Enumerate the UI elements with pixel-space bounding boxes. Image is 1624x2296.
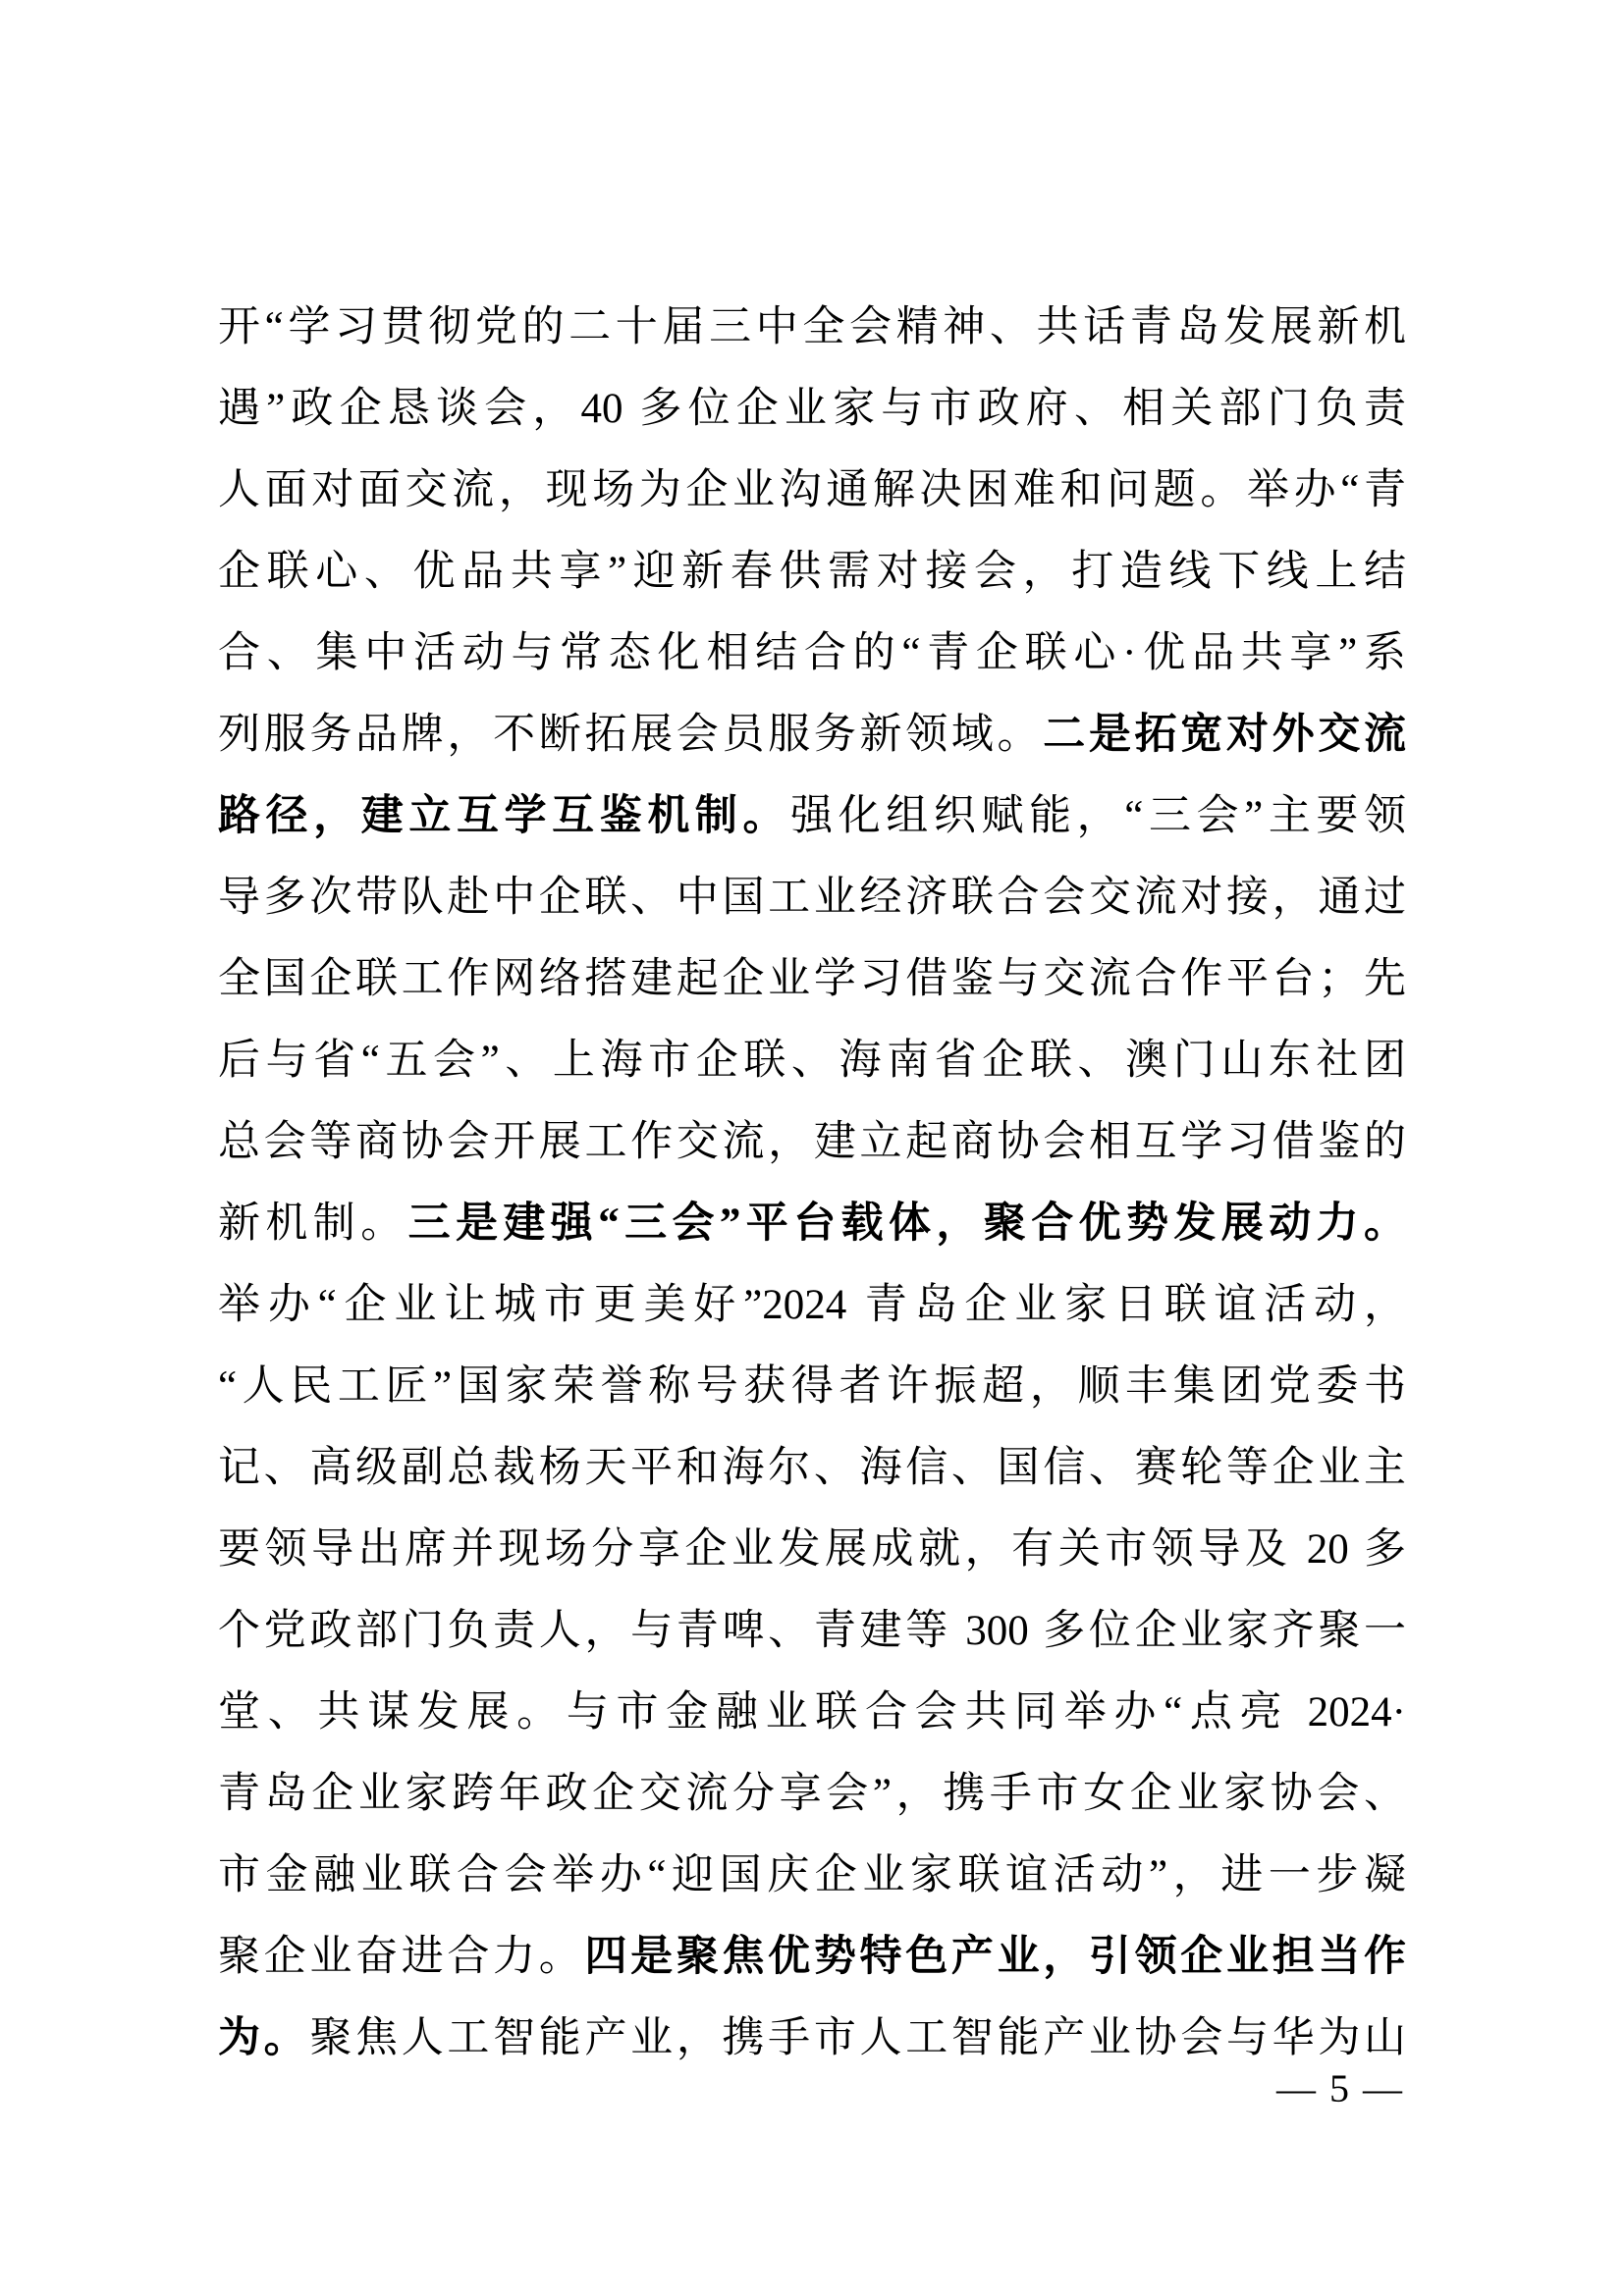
text-segment: “人民工匠”国家荣誉称号获得者许振超，顺丰集团党委书	[218, 1363, 1406, 1410]
text-segment: 总会等商协会开展工作交流，建立起商协会相互学习借鉴的	[218, 1119, 1406, 1165]
text-line: 个党政部门负责人，与青啤、青建等 300 多位企业家齐聚一	[218, 1590, 1406, 1672]
text-line: 聚企业奋进合力。四是聚焦优势特色产业，引领企业担当作	[218, 1916, 1406, 1998]
bold-text-segment: 四是聚焦优势特色产业，引领企业担当作	[584, 1934, 1406, 1980]
page-number: — 5 —	[1276, 2063, 1404, 2114]
text-line: 全国企联工作网络搭建起企业学习借鉴与交流合作平台；先	[218, 938, 1406, 1020]
text-line: 列服务品牌，不断拓展会员服务新领域。二是拓宽对外交流	[218, 694, 1406, 775]
text-line: 举办“企业让城市更美好”2024 青岛企业家日联谊活动，	[218, 1264, 1406, 1346]
text-segment: 市金融业联合会举办“迎国庆企业家联谊活动”，进一步凝	[218, 1852, 1406, 1898]
text-segment: 新机制。	[218, 1201, 408, 1247]
bold-text-segment: 二是拓宽对外交流	[1043, 712, 1406, 758]
text-line: 堂、共谋发展。与市金融业联合会共同举办“点亮 2024·	[218, 1672, 1406, 1753]
document-page: 开“学习贯彻党的二十届三中全会精神、共话青岛发展新机遇”政企恳谈会，40 多位企…	[0, 0, 1624, 2296]
text-segment: 强化组织赋能，“三会”主要领	[790, 793, 1406, 839]
bold-text-segment: 路径，建立互学互鉴机制。	[218, 793, 790, 839]
text-line: 人面对面交流，现场为企业沟通解决困难和问题。举办“青	[218, 450, 1406, 531]
text-segment: 全国企联工作网络搭建起企业学习借鉴与交流合作平台；先	[218, 956, 1406, 1002]
body-text: 开“学习贯彻党的二十届三中全会精神、共话青岛发展新机遇”政企恳谈会，40 多位企…	[218, 287, 1406, 2079]
text-line: 路径，建立互学互鉴机制。强化组织赋能，“三会”主要领	[218, 775, 1406, 857]
text-segment: 举办“企业让城市更美好”2024 青岛企业家日联谊活动，	[218, 1282, 1406, 1328]
text-line: 市金融业联合会举办“迎国庆企业家联谊活动”，进一步凝	[218, 1835, 1406, 1916]
text-segment: 后与省“五会”、上海市企联、海南省企联、澳门山东社团	[218, 1038, 1406, 1084]
text-segment: 个党政部门负责人，与青啤、青建等 300 多位企业家齐聚一	[218, 1608, 1406, 1654]
text-segment: 堂、共谋发展。与市金融业联合会共同举办“点亮 2024·	[218, 1689, 1406, 1735]
text-line: 青岛企业家跨年政企交流分享会”，携手市女企业家协会、	[218, 1753, 1406, 1835]
text-line: 记、高级副总裁杨天平和海尔、海信、国信、赛轮等企业主	[218, 1427, 1406, 1509]
text-segment: 列服务品牌，不断拓展会员服务新领域。	[218, 712, 1043, 758]
text-line: 导多次带队赴中企联、中国工业经济联合会交流对接，通过	[218, 857, 1406, 938]
text-segment: 合、集中活动与常态化相结合的“青企联心·优品共享”系	[218, 630, 1406, 676]
text-segment: 人面对面交流，现场为企业沟通解决困难和问题。举办“青	[218, 467, 1406, 513]
text-segment: 记、高级副总裁杨天平和海尔、海信、国信、赛轮等企业主	[218, 1445, 1406, 1491]
text-line: “人民工匠”国家荣誉称号获得者许振超，顺丰集团党委书	[218, 1346, 1406, 1427]
text-segment: 导多次带队赴中企联、中国工业经济联合会交流对接，通过	[218, 875, 1406, 921]
text-segment: 遇”政企恳谈会，40 多位企业家与市政府、相关部门负责	[218, 386, 1406, 432]
text-line: 要领导出席并现场分享企业发展成就，有关市领导及 20 多	[218, 1509, 1406, 1590]
text-segment: 开“学习贯彻党的二十届三中全会精神、共话青岛发展新机	[218, 304, 1406, 350]
text-segment: 聚企业奋进合力。	[218, 1934, 584, 1980]
bold-text-segment: 为。	[218, 2015, 309, 2061]
text-segment: 企联心、优品共享”迎新春供需对接会，打造线下线上结	[218, 549, 1406, 595]
text-line: 开“学习贯彻党的二十届三中全会精神、共话青岛发展新机	[218, 287, 1406, 368]
text-line: 合、集中活动与常态化相结合的“青企联心·优品共享”系	[218, 613, 1406, 694]
text-line: 遇”政企恳谈会，40 多位企业家与市政府、相关部门负责	[218, 368, 1406, 450]
text-line: 为。聚焦人工智能产业，携手市人工智能产业协会与华为山	[218, 1998, 1406, 2079]
text-segment: 青岛企业家跨年政企交流分享会”，携手市女企业家协会、	[218, 1771, 1406, 1817]
text-line: 新机制。三是建强“三会”平台载体，聚合优势发展动力。	[218, 1183, 1406, 1264]
text-segment: 聚焦人工智能产业，携手市人工智能产业协会与华为山	[309, 2015, 1406, 2061]
text-line: 总会等商协会开展工作交流，建立起商协会相互学习借鉴的	[218, 1101, 1406, 1183]
text-segment: 要领导出席并现场分享企业发展成就，有关市领导及 20 多	[218, 1526, 1406, 1573]
text-line: 企联心、优品共享”迎新春供需对接会，打造线下线上结	[218, 531, 1406, 613]
text-line: 后与省“五会”、上海市企联、海南省企联、澳门山东社团	[218, 1020, 1406, 1101]
bold-text-segment: 三是建强“三会”平台载体，聚合优势发展动力。	[408, 1201, 1406, 1247]
